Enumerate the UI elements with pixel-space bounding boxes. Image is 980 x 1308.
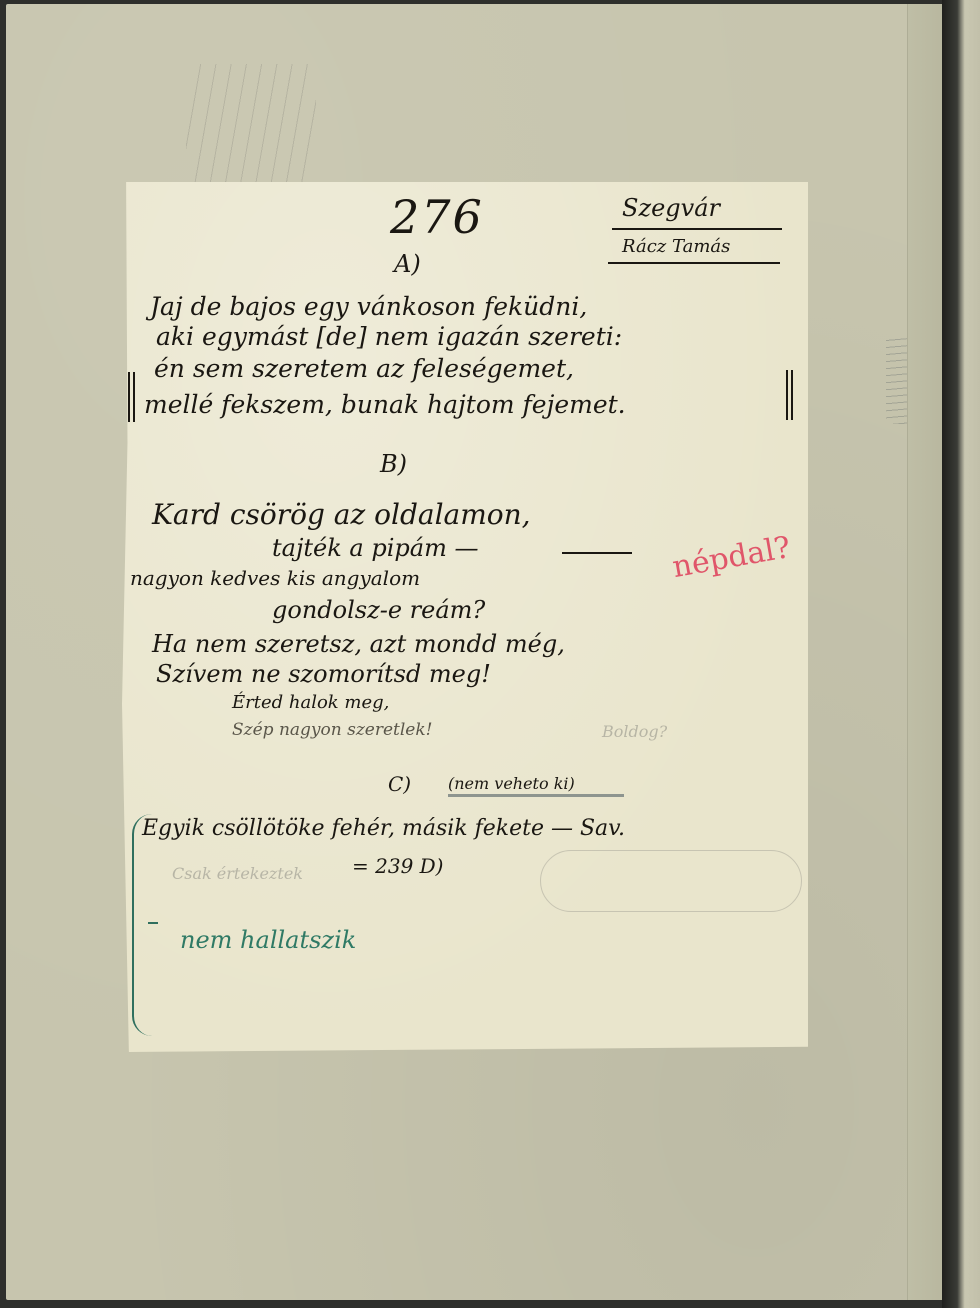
verse-line: Érted halok meg,	[232, 692, 389, 713]
note-underline	[448, 794, 624, 797]
verse-line: Szép nagyon szeretlek!	[232, 720, 433, 740]
verse-line: Jaj de bajos egy vánkoson feküdni,	[150, 292, 587, 321]
place-name: Szegvár	[622, 194, 720, 222]
verse-line: Szívem ne szomorítsd meg!	[156, 660, 491, 688]
verse-line: én sem szeretem az feleségemet,	[154, 354, 574, 383]
place-underline	[612, 228, 782, 230]
pencil-note: Csak értekeztek	[172, 864, 303, 883]
verse-line: gondolsz-e reám?	[272, 596, 485, 624]
pencil-note: Boldog?	[602, 722, 667, 741]
collector-name: Rácz Tamás	[622, 236, 730, 257]
verse-line: Kard csörög az oldalamon,	[152, 498, 531, 531]
collector-underline	[608, 262, 780, 264]
mount-edge	[907, 4, 944, 1300]
verse-line: Egyik csöllötöke fehér, másik fekete — S…	[142, 816, 625, 841]
verse-line: mellé fekszem, bunak hajtom fejemet.	[144, 390, 626, 419]
section-c-label: C)	[388, 772, 411, 796]
section-c-note: (nem veheto ki)	[448, 774, 575, 793]
dash	[562, 552, 632, 554]
repeat-bar-end	[786, 370, 793, 420]
cross-reference: = 239 D)	[352, 854, 443, 878]
manuscript-slip: 276 Szegvár Rácz Tamás A) Jaj de bajos e…	[122, 182, 808, 1052]
scanner-edge	[942, 0, 980, 1308]
verse-line: Ha nem szeretsz, azt mondd még,	[152, 630, 565, 658]
pencil-oval-annotation	[540, 850, 802, 912]
green-brace	[132, 814, 156, 1036]
section-b-label: B)	[380, 450, 407, 478]
verse-line: aki egymást [de] nem igazán szereti:	[156, 322, 622, 351]
verse-line: tajték a pipám —	[272, 534, 478, 562]
song-number: 276	[390, 190, 484, 244]
section-a-label: A)	[394, 250, 421, 278]
red-margin-note: népdal?	[670, 530, 793, 585]
green-note: nem hallatszik	[180, 926, 356, 954]
green-brace-tip	[148, 922, 158, 924]
verse-line: nagyon kedves kis angyalom	[130, 566, 420, 590]
pencil-scribbles	[186, 64, 316, 194]
repeat-bar-start	[128, 372, 135, 422]
